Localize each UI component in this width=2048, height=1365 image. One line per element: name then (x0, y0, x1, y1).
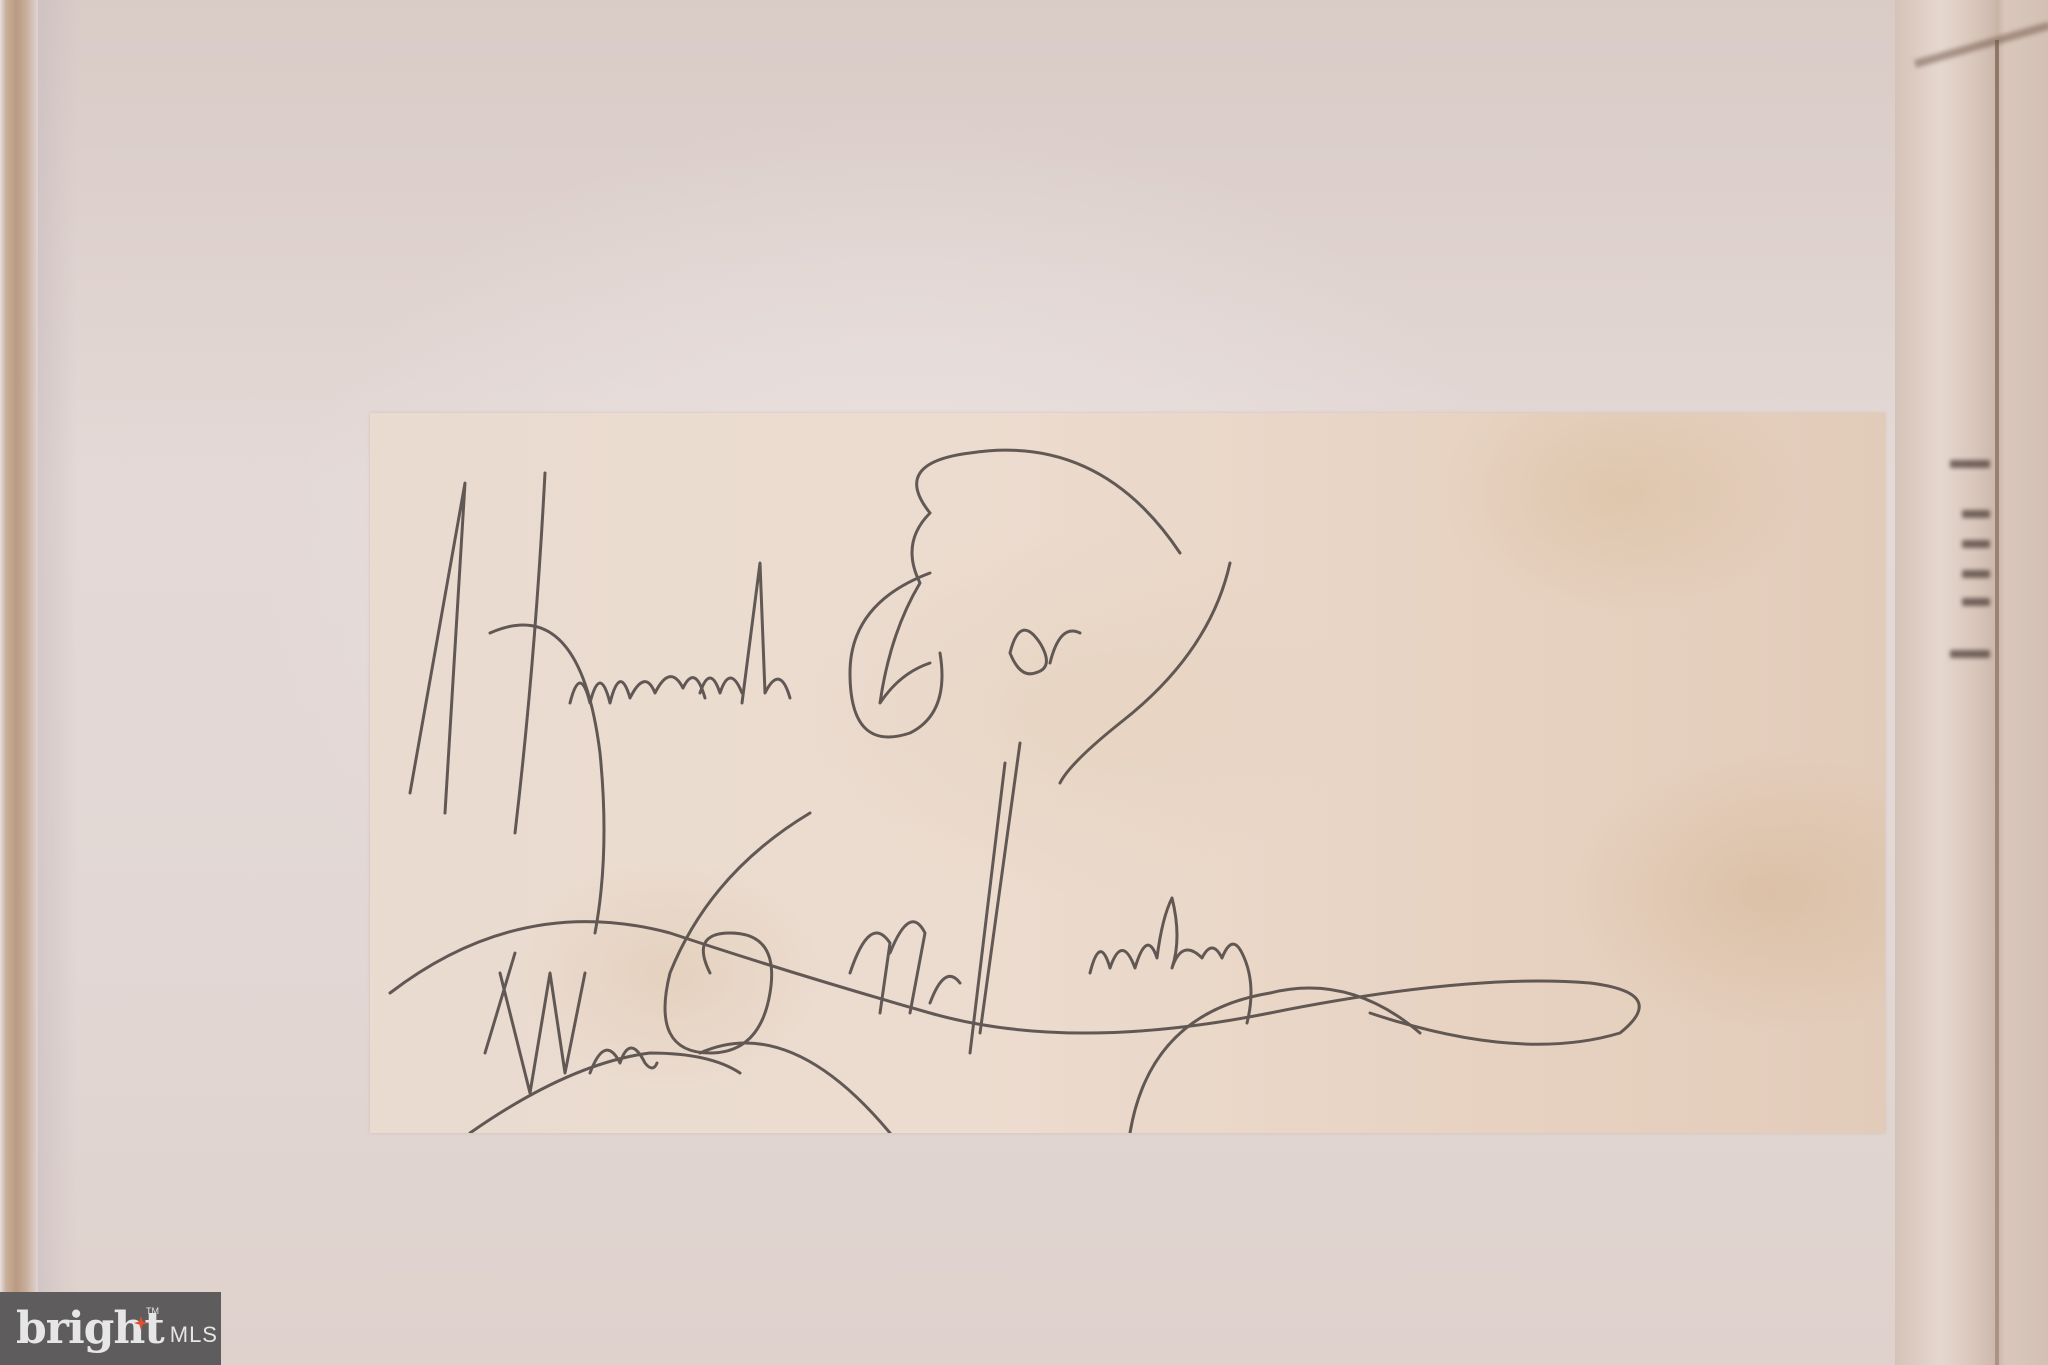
frame-top-rail (1914, 22, 2048, 68)
handwriting-drawing (370, 413, 1885, 1133)
watermark-suffix: MLS (170, 1322, 218, 1348)
right-door-frame (1895, 0, 2048, 1365)
inscription-paper: Hurrah For Wm. McKinley (370, 413, 1885, 1133)
watermark-brand: bright (16, 1307, 164, 1351)
watermark-trademark: TM (146, 1306, 159, 1316)
door-edge (1995, 40, 1999, 1365)
bright-mls-watermark: bright TM MLS (0, 1292, 221, 1365)
trim-shadow (38, 0, 78, 1365)
left-door-trim (0, 0, 38, 1365)
door-latch-hinge (1950, 450, 1994, 670)
